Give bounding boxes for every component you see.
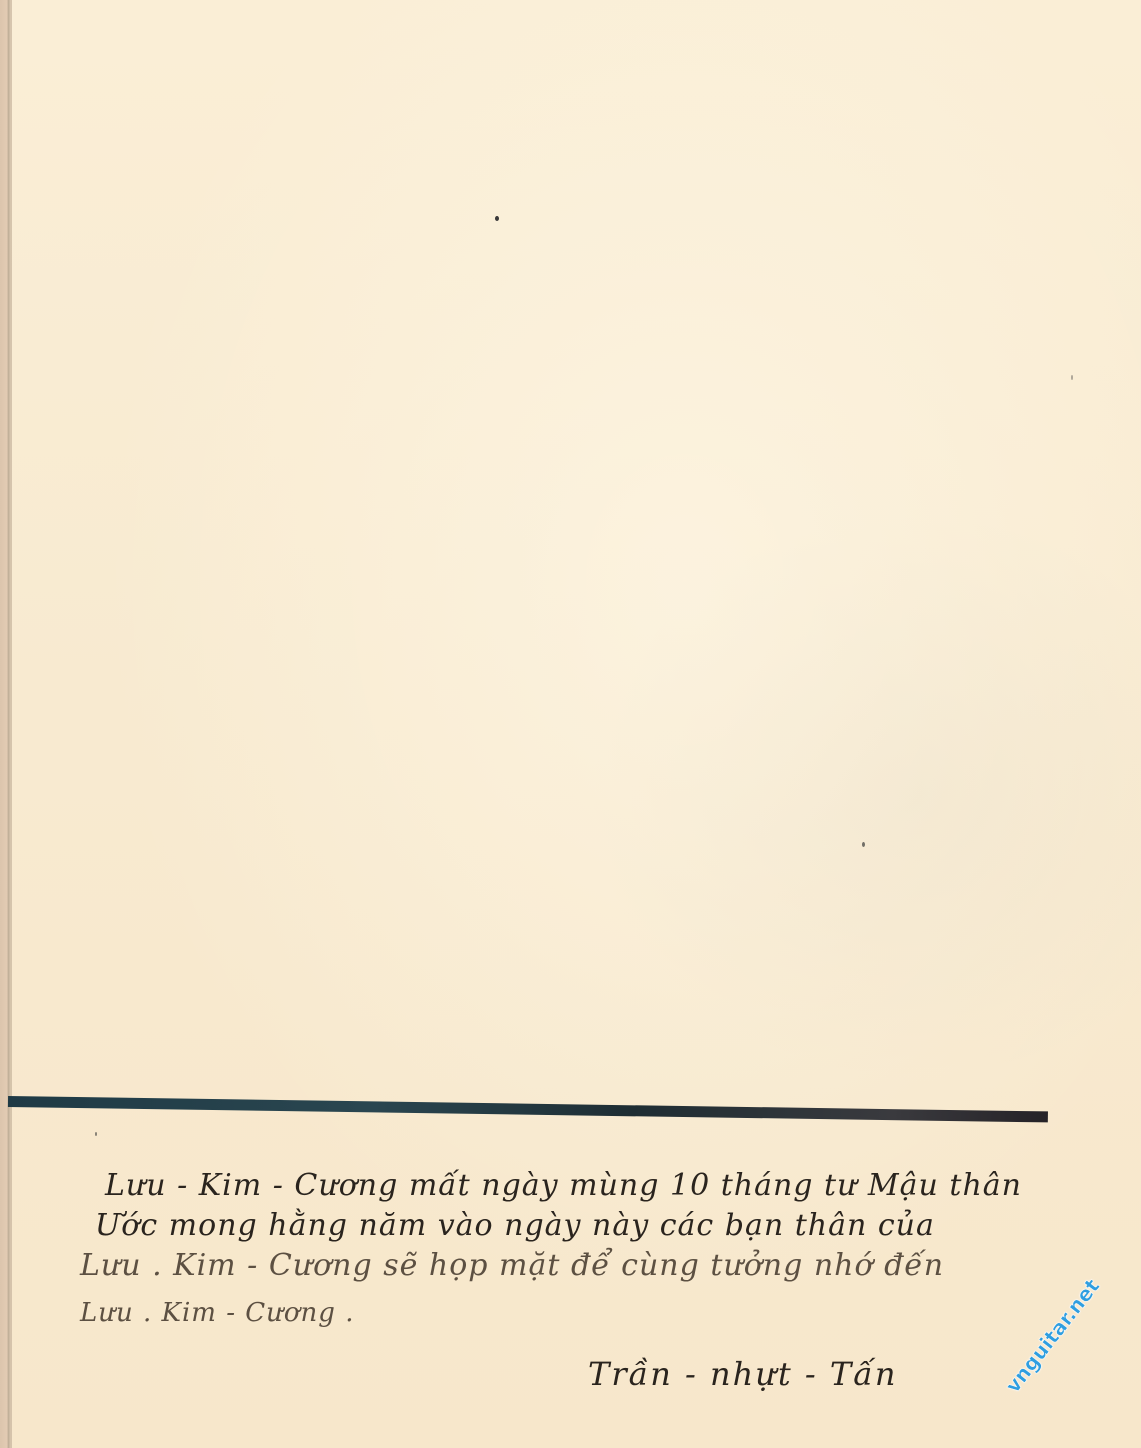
paper-speck: [862, 842, 865, 847]
watermark-text: vnguitar.net: [1001, 1274, 1105, 1397]
binding-line: [9, 0, 12, 1448]
paper-speck: [1071, 375, 1073, 380]
paper-speck: [95, 1132, 97, 1136]
note-line-1: Lưu - Kim - Cương mất ngày mùng 10 tháng…: [105, 1168, 1022, 1203]
paper-speck: [495, 216, 499, 221]
note-line-2: Ước mong hằng năm vào ngày này các bạn t…: [95, 1208, 935, 1243]
scanned-page: Lưu - Kim - Cương mất ngày mùng 10 tháng…: [0, 0, 1141, 1448]
horizontal-divider-bar: [8, 1096, 1048, 1122]
note-line-3: Lưu . Kim - Cương sẽ họp mặt để cùng tưở…: [80, 1248, 944, 1283]
signature: Trần - nhựt - Tấn: [588, 1355, 897, 1393]
note-line-4: Lưu . Kim - Cương .: [80, 1298, 354, 1328]
